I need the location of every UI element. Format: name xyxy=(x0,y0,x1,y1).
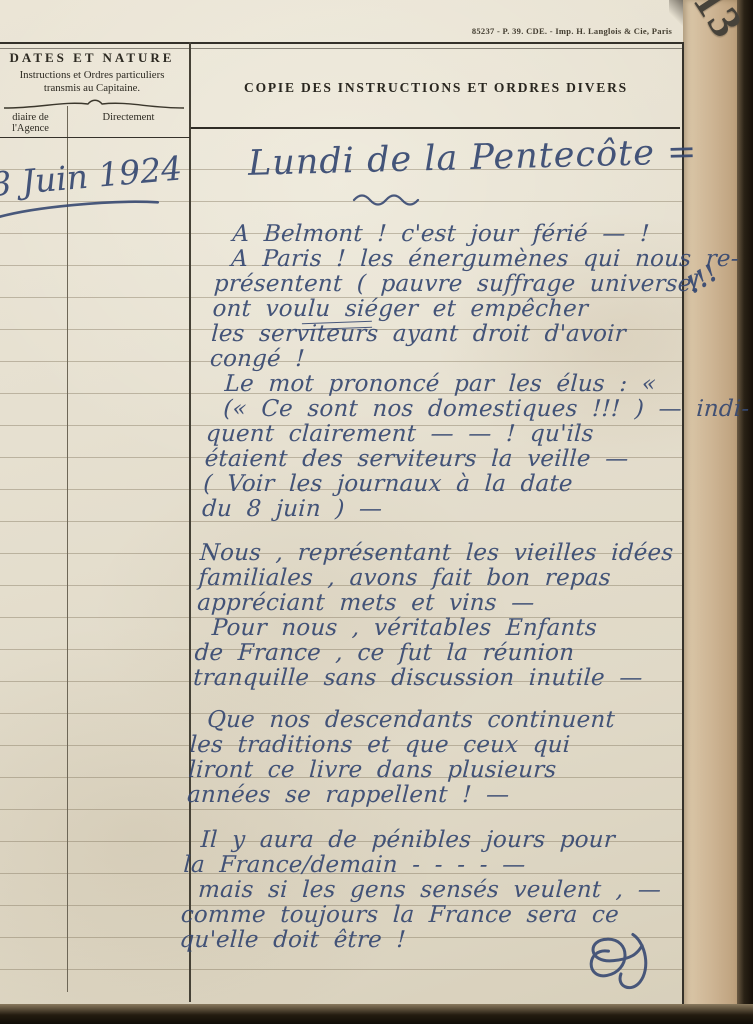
handwriting-line: présentent ( pauvre suffrage universel xyxy=(213,272,714,297)
handwriting-line: mais si les gens sensés veulent , — xyxy=(181,878,682,903)
handwriting-line: Il y aura de pénibles jours pour xyxy=(184,828,685,853)
handwriting-line: de France , ce fut la réunion xyxy=(194,641,695,666)
handwritten-entry: A Belmont ! c'est jour férié — ! A Paris… xyxy=(179,222,717,953)
handwriting-line: comme toujours la France sera ce xyxy=(180,903,681,928)
transmis-subheading: transmis au Capitaine. xyxy=(0,82,188,94)
book-edge-bottom xyxy=(0,1004,753,1024)
subheader-agence: diaire de l'Agence xyxy=(0,110,67,138)
handwriting-line: tranquille sans discussion inutile — xyxy=(193,666,694,691)
handwriting-line: étaient des serviteurs la veille — xyxy=(204,447,705,472)
handwriting-line: la France/demain - - - - — xyxy=(183,853,684,878)
handwriting-line: appréciant mets et vins — xyxy=(197,591,698,616)
handwriting-line: du 8 juin ) — xyxy=(201,497,702,522)
title-underline-squiggle xyxy=(352,192,428,206)
handwriting-line: les serviteurs ayant droit d'avoir xyxy=(211,322,712,347)
subheader-row: diaire de l'Agence Directement xyxy=(0,110,190,138)
subcolumn-divider xyxy=(67,106,68,992)
instructions-subheading: Instructions et Ordres particuliers xyxy=(0,69,188,81)
handwriting-line: A Belmont ! c'est jour férié — ! xyxy=(216,222,717,247)
handwriting-line: quent clairement — — ! qu'ils xyxy=(205,422,706,447)
handwriting-line: ont voulu siéger et empêcher xyxy=(212,297,713,322)
handwriting-line: années se rappellent ! — xyxy=(186,783,687,808)
handwriting-line: Que nos descendants continuent xyxy=(190,708,691,733)
left-column-header: DATES ET NATURE Instructions et Ordres p… xyxy=(0,50,188,94)
signature-monogram xyxy=(574,924,665,1006)
handwriting-line: congé ! xyxy=(209,347,710,372)
handwriting-line: liront ce livre dans plusieurs xyxy=(188,758,689,783)
handwriting-line: Nous , représentant les vieilles idées xyxy=(199,541,700,566)
brace-divider xyxy=(0,97,188,109)
book-edge-right xyxy=(737,0,753,1024)
dates-et-nature-heading: DATES ET NATURE xyxy=(0,50,188,66)
printer-mark: 85237 - P. 39. CDE. - Imp. H. Langlois &… xyxy=(452,26,692,36)
subheader-directement: Directement xyxy=(67,110,190,138)
handwriting-line: Pour nous , véritables Enfants xyxy=(195,616,696,641)
handwriting-line: (« Ce sont nos domestiques !!! ) — indi- xyxy=(207,397,708,422)
handwriting-line: les traditions et que ceux qui xyxy=(189,733,690,758)
form-border-inner-line xyxy=(0,48,684,49)
main-column-header: COPIE DES INSTRUCTIONS ET ORDRES DIVERS xyxy=(192,80,680,96)
handwriting-line: ( Voir les journaux à la date xyxy=(203,472,704,497)
handwriting-line: Le mot prononcé par les élus : « xyxy=(208,372,709,397)
main-header-rule xyxy=(191,127,680,129)
handwriting-line: familiales , avons fait bon repas xyxy=(198,566,699,591)
handwriting-line: A Paris ! les énergumènes qui nous re- xyxy=(215,247,716,272)
